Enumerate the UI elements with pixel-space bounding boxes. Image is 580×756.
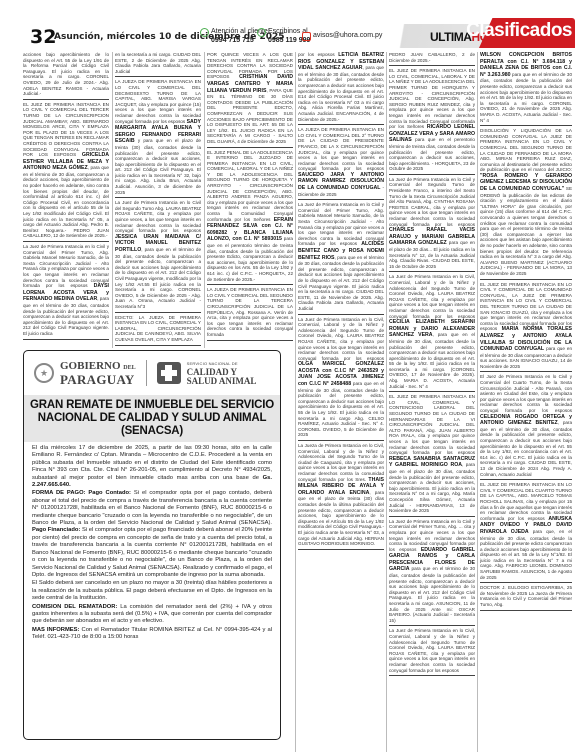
government-seal-icon: ★ [34, 363, 54, 383]
ad-payment: FORMA DE PAGO: Pago Contado: Si el compr… [32, 490, 272, 579]
legal-notice: EL JUEZ PENAL DE LA ADOLESCENCIA E INTER… [207, 150, 293, 286]
legal-notice: El Juez de Primera Instancia en lo Civil… [480, 374, 572, 480]
legal-notice: La Juez de Primera Instancia en lo Civil… [115, 200, 201, 312]
legal-notice: EL JUEZ DE PRIMERA INSTANCIA EN LO CIVIL… [23, 102, 109, 242]
legal-notice: POR QUINCE VECES A LOS QUE TENGAN INTERÉ… [207, 52, 293, 148]
ad-logos: ★ GOBIERNO DEL PARAGUAY SERVICIO NACIONA… [24, 351, 280, 395]
legal-notice: EL JUEZ DE PRIMERA INSTANCIA EN LO CIVIL… [389, 68, 475, 175]
legal-notice: LA JUEZA DE PRIMERA INSTANCIA EN LO CIVI… [298, 127, 384, 200]
legal-notice: LA JUEZA DE PRIMERA INSTANCIA EN LO CIVI… [207, 287, 293, 340]
legal-notice: La Juez de Primera Instancia en lo Civil… [23, 244, 109, 340]
brand-banner: ULTIMAHORA Clasificados [390, 24, 580, 48]
legal-notice: DISOLUCIÓN Y LIQUIDACIÓN DE LA COMUNIDAD… [480, 128, 572, 279]
email-link[interactable]: avisos@uhora.com.py [313, 31, 382, 40]
whatsapp-icon [200, 28, 209, 37]
page-header: 32 Asunción, miércoles 10 de diciembre d… [0, 24, 580, 50]
ad-balance: El Saldo deberá ser cancelado en un plaz… [32, 580, 272, 602]
legal-notice: LA JUEZA DE PRIMERA INSTANCIA EN LO CIVI… [115, 79, 201, 198]
page-number: 32 [30, 26, 56, 48]
ad-commission: COMISION DEL REMATADOR: La comisión del … [32, 604, 272, 626]
legal-notice: La Juez de Primera Instancia en lo Civil… [389, 177, 475, 273]
ad-more-info: MAS INFORMES: Con el Rematador Titular R… [32, 627, 272, 642]
ad-title: GRAN REMATE DE INMUEBLE DEL SERVICIO NAC… [24, 395, 280, 442]
mail-icon [302, 32, 311, 41]
whatsapp-icon [257, 28, 266, 37]
legal-notice: La Juez de Primera Instancia en lo Civil… [389, 519, 475, 627]
legal-notice: en la secretaría a mi cargo. CIUDAD DEL … [115, 52, 201, 77]
ad-body: El día miércoles 17 de diciembre de 2025… [24, 442, 280, 646]
legal-notice: La Jueza de Primera Instancia en lo Civi… [298, 443, 384, 550]
legal-notice: DOCTOR J. EULOGIO ESTIGARRIBIA, 25 de No… [480, 585, 572, 610]
legal-notice: EL JUEZ DE PRIMERA INSTANCIA EN LO CIVIL… [480, 482, 572, 583]
gobierno-paraguay-logo: GOBIERNO DEL PARAGUAY [60, 361, 136, 385]
email-contact: avisos@uhora.com.py [302, 31, 382, 41]
legal-notice: EDICTO: LA JUEZA DE PRIMERA INSTANCIA EN… [115, 315, 201, 346]
column-5: PEDRO JUAN CABALLERO, 2 de Diciembre de … [389, 52, 475, 752]
legal-notice: La Juez de Primera Instancia en lo Civil… [389, 628, 475, 676]
legal-notice: EL JUEZ DE PRIMERA INSTANCIA EN LO CIVIL… [389, 394, 475, 516]
ad-intro: El día miércoles 17 de diciembre de 2025… [32, 445, 272, 489]
legal-notice: La Juez de Primera Instancia en lo Civil… [389, 274, 475, 392]
legal-notice: acciones bajo apercibimiento de lo dispu… [23, 52, 109, 100]
legal-notice: La Juez de Primera Instancia en lo Civil… [298, 317, 384, 441]
legal-notice: por los esposos LETICIA BEATRIZ RIOS GON… [298, 52, 384, 125]
column-1: acciones bajo apercibimiento de lo dispu… [23, 52, 109, 348]
senacsa-logo-icon [157, 362, 181, 384]
legal-notice: La Juez de Primera Instancia en lo Civil… [298, 202, 384, 314]
senacsa-logo-text: SERVICIO NACIONAL DE CALIDAD Y SALUD ANI… [187, 360, 257, 386]
section-title: Clasificados [466, 20, 572, 42]
legal-notice: WILSON CONCEPCION BRITOS PERALTA con C.I… [480, 52, 572, 126]
column-4: por los esposos LETICIA BEATRIZ RIOS GON… [298, 52, 384, 752]
column-2: en la secretaría a mi cargo. CIUDAD DEL … [115, 52, 201, 348]
column-6: WILSON CONCEPCION BRITOS PERALTA con C.I… [480, 52, 572, 752]
legal-notice: EL JUEZ DE PRIMERA INSTANCIA EN LO CIVIL… [480, 282, 572, 373]
column-3: POR QUINCE VECES A LOS QUE TENGAN INTERÉ… [207, 52, 293, 348]
senacsa-auction-ad: ★ GOBIERNO DEL PARAGUAY SERVICIO NACIONA… [23, 350, 281, 740]
customer-service-phone[interactable]: 0994 715 715 [211, 37, 254, 44]
legal-notice: PEDRO JUAN CABALLERO, 2 de Diciembre de … [389, 52, 475, 66]
